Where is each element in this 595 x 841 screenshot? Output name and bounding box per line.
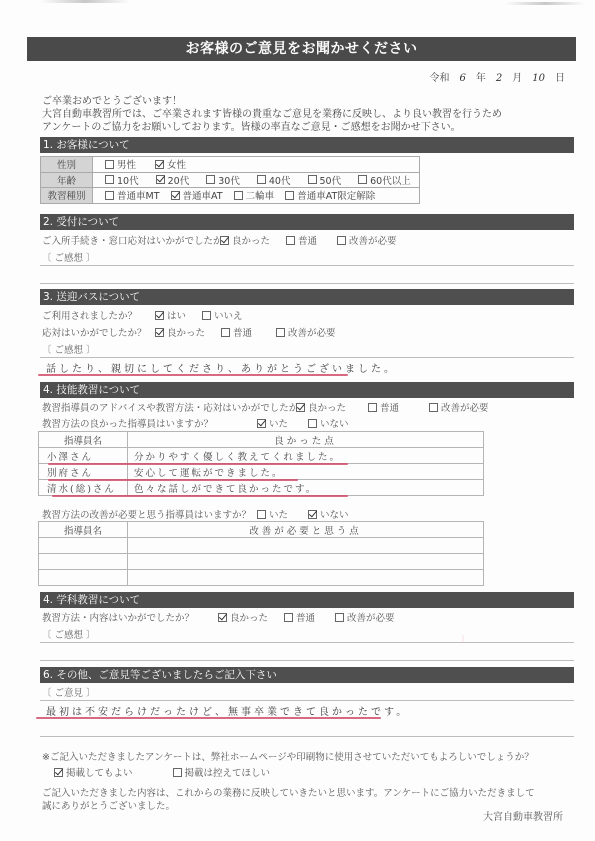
question-text: 教習方法の改善が必要と思う指導員はいますか？	[42, 507, 257, 521]
option-label: 50代	[320, 173, 342, 187]
instructor-name[interactable]	[39, 570, 128, 586]
option-label: 良かった	[232, 233, 270, 247]
instructor-comment[interactable]	[128, 554, 484, 570]
closing-message: ご記入いただきました内容は、これからの業務に反映していきたいと思います。アンケー…	[42, 787, 535, 813]
checkbox-checked[interactable]	[218, 613, 227, 622]
option-label: はい	[167, 308, 186, 322]
checkbox-checked[interactable]	[296, 403, 305, 412]
checkbox-checked[interactable]	[220, 236, 229, 245]
option-label: 普通	[233, 325, 252, 339]
comment-line	[40, 357, 574, 358]
option-50s[interactable]: 50代	[308, 173, 342, 187]
checkbox-checked[interactable]	[308, 510, 317, 519]
option-yes-there-was[interactable]: いた	[257, 416, 288, 430]
checkbox[interactable]	[335, 613, 344, 622]
option-label: いた	[269, 416, 288, 430]
table-row-gender: 性別 男性 女性	[41, 157, 420, 173]
instructor-advice-row: 教習指導員のアドバイスや教習方法・応対はいかがでしたか？ 良かった 普通 改善が…	[42, 400, 505, 414]
checkbox-checked[interactable]	[156, 175, 165, 184]
checkbox[interactable]	[285, 191, 294, 200]
instructor-comment[interactable]: 分かりやすく優しく教えてくれました。	[128, 448, 484, 464]
option-label: 改善が必要	[441, 400, 489, 414]
option-label: いいえ	[214, 308, 243, 322]
date-day-value[interactable]: 10	[528, 73, 549, 84]
option-label: 改善が必要	[288, 325, 336, 339]
question-text: 教習方法・内容はいかがでしたか？	[42, 610, 218, 624]
checkbox[interactable]	[257, 175, 266, 184]
table-row	[39, 554, 484, 570]
closing-line: ご記入いただきました内容は、これからの業務に反映していきたいと思います。アンケー…	[42, 787, 535, 800]
pencil-mark: ｜	[459, 634, 465, 650]
school-signature: 大宮自動車教習所	[483, 808, 563, 823]
option-label: 10代	[117, 173, 139, 187]
option-normal[interactable]: 普通	[284, 610, 315, 624]
option-label: 掲載は控えてほしい	[185, 765, 271, 779]
gender-options: 男性 女性	[93, 157, 420, 173]
option-good[interactable]: 良かった	[296, 400, 346, 414]
date-day-unit: 日	[555, 69, 565, 84]
checkbox[interactable]	[337, 236, 346, 245]
option-label: 普通車MT	[117, 188, 160, 202]
option-label: 普通車AT	[183, 188, 223, 202]
instructor-name[interactable]	[39, 554, 128, 570]
instructor-comment[interactable]: 安心して運転ができました。	[128, 464, 484, 480]
option-20s[interactable]: 20代	[156, 173, 190, 187]
checkbox[interactable]	[173, 768, 182, 777]
option-good[interactable]: 良かった	[155, 325, 205, 339]
table-row-age: 年齢 10代 20代 30代 40代 50代 60代以上	[41, 172, 420, 188]
pen-underline	[38, 374, 348, 376]
table-row	[39, 538, 484, 554]
comment-label: 〔 ご意見 〕	[42, 685, 96, 699]
option-label: 女性	[167, 157, 186, 171]
intro-line: アンケートのご協力をお願いしております。皆様の率直なご意見・ご感想をお聞かせ下さ…	[42, 121, 502, 134]
option-standard-at[interactable]: 普通車AT	[171, 188, 223, 202]
row-label: 性別	[41, 157, 93, 173]
checkbox-checked[interactable]	[155, 311, 164, 320]
instructor-name[interactable]: 清水(総)さん	[39, 480, 128, 496]
checkbox[interactable]	[206, 175, 215, 184]
checkbox[interactable]	[429, 403, 438, 412]
column-header-instructor: 指導員名	[39, 522, 128, 538]
pen-underline	[52, 495, 348, 497]
option-label: 二輪車	[246, 188, 275, 202]
option-label: 掲載してもよい	[66, 765, 133, 779]
option-label: 良かった	[230, 610, 268, 624]
option-deny-publish[interactable]: 掲載は控えてほしい	[173, 765, 271, 779]
option-male[interactable]: 男性	[105, 157, 136, 171]
section-header-customer: 1. お客様について	[40, 137, 574, 153]
option-standard-mt[interactable]: 普通車MT	[105, 188, 160, 202]
publish-question: ※ご記入いただきましたアンケートは、弊社ホームページや印刷物に使用させていただい…	[42, 751, 534, 764]
option-label: いた	[269, 507, 288, 521]
scan-shadow	[505, 2, 585, 5]
checkbox-checked[interactable]	[155, 160, 164, 169]
option-label: 40代	[269, 173, 291, 187]
checkbox[interactable]	[368, 403, 377, 412]
table-row: 清水(総)さん 色々な話しができて良かったです。	[39, 480, 484, 496]
pen-underline	[36, 717, 381, 719]
checkbox[interactable]	[105, 191, 114, 200]
checkbox[interactable]	[202, 311, 211, 320]
divider	[40, 736, 574, 737]
comment-label: 〔 ご感想 〕	[42, 627, 96, 641]
option-allow-publish[interactable]: 掲載してもよい	[54, 765, 133, 779]
comment-label: 〔 ご感想 〕	[42, 250, 96, 264]
page-title: お客様のご意見をお聞かせください	[27, 37, 576, 61]
checkbox[interactable]	[221, 328, 230, 337]
scan-shadow	[40, 0, 130, 3]
option-normal[interactable]: 普通	[286, 233, 317, 247]
table-row: 別府さん 安心して運転ができました。	[39, 464, 484, 480]
reception-question-row: ご入所手続き・窓口応対はいかがでしたか？ 良かった 普通 改善が必要	[42, 233, 413, 247]
option-needs-improvement[interactable]: 改善が必要	[276, 325, 336, 339]
column-header-instructor: 指導員名	[39, 432, 128, 448]
course-options: 普通車MT 普通車AT 二輪車 普通車AT限定解除	[93, 188, 420, 204]
checkbox-checked[interactable]	[257, 419, 266, 428]
checkbox[interactable]	[286, 236, 295, 245]
comment-line	[40, 700, 574, 701]
section-header-classroom-training: 4. 学科教習について	[40, 592, 574, 608]
section-header-shuttle-bus: 3. 送迎バスについて	[40, 289, 574, 305]
option-30s[interactable]: 30代	[206, 173, 240, 187]
instructor-comment[interactable]	[128, 570, 484, 586]
date-month-value[interactable]: 2	[492, 73, 506, 84]
option-no[interactable]: いいえ	[202, 308, 243, 322]
bus-usage-row: ご利用されましたか？ はい いいえ	[42, 308, 259, 322]
handwritten-comment[interactable]: 最初は不安だらけだったけど、無事卒業できて良かったです。	[46, 703, 409, 718]
instructor-comment[interactable]	[128, 538, 484, 554]
intro-line: ご卒業おめでとうございます！	[42, 95, 502, 108]
option-none[interactable]: いない	[308, 416, 349, 430]
table-header-row: 指導員名 良かった点	[39, 432, 484, 448]
checkbox[interactable]	[257, 510, 266, 519]
intro-text: ご卒業おめでとうございます！ 大宮自動車教習所では、ご卒業されます皆様の貴重なご…	[42, 95, 502, 134]
question-text: ご入所手続き・窓口応対はいかがでしたか？	[42, 233, 220, 247]
option-label: 普通	[380, 400, 399, 414]
option-label: いない	[320, 507, 349, 521]
option-needs-improvement[interactable]: 改善が必要	[337, 233, 397, 247]
date-field: 令和 6 年 2 月 10 日	[430, 69, 565, 84]
option-yes[interactable]: はい	[155, 308, 186, 322]
section-header-other-opinions: 6. その他、ご意見等ございましたらご記入下さい	[40, 667, 574, 683]
option-label: 60代以上	[370, 173, 411, 187]
divider	[40, 660, 574, 661]
bus-service-row: 応対はいかがでしたか？ 良かった 普通 改善が必要	[42, 325, 352, 339]
checkbox[interactable]	[276, 328, 285, 337]
customer-info-table: 性別 男性 女性 年齢 10代 20代 30代 40代 50代 60代以上 教習…	[40, 156, 420, 204]
checkbox[interactable]	[308, 175, 317, 184]
row-label: 教習種別	[41, 188, 93, 204]
good-instructor-row: 教習方法の良かった指導員はいますか？ いた いない	[42, 416, 365, 430]
option-label: 普通車AT限定解除	[297, 188, 375, 202]
comment-line[interactable]	[40, 642, 574, 643]
option-label: 男性	[117, 157, 136, 171]
option-label: 20代	[168, 173, 190, 187]
pen-underline	[48, 463, 348, 465]
classroom-question-row: 教習方法・内容はいかがでしたか？ 良かった 普通 改善が必要	[42, 610, 411, 624]
publish-options-row: 掲載してもよい 掲載は控えてほしい	[54, 765, 286, 779]
option-label: 良かった	[308, 400, 346, 414]
bad-instructor-row: 教習方法の改善が必要と思う指導員はいますか？ いた いない	[42, 507, 365, 521]
table-header-row: 指導員名 改善が必要と思う点	[39, 522, 484, 538]
table-row-course-type: 教習種別 普通車MT 普通車AT 二輪車 普通車AT限定解除	[41, 188, 420, 204]
date-era: 令和	[430, 69, 450, 84]
date-year-value[interactable]: 6	[456, 73, 470, 84]
checkbox[interactable]	[284, 613, 293, 622]
checkbox-checked[interactable]	[171, 191, 180, 200]
comment-line[interactable]	[40, 265, 574, 266]
instructor-name[interactable]: 小澤さん	[39, 448, 128, 464]
section-header-reception: 2. 受付について	[40, 214, 574, 230]
option-normal[interactable]: 普通	[368, 400, 399, 414]
row-label: 年齢	[41, 172, 93, 188]
pen-underline	[48, 479, 298, 481]
instructor-comment[interactable]: 色々な話しができて良かったです。	[128, 480, 484, 496]
intro-line: 大宮自動車教習所では、ご卒業されます皆様の貴重なご意見を業務に反映し、より良い教…	[42, 108, 502, 121]
option-female[interactable]: 女性	[155, 157, 186, 171]
option-yes-there-was[interactable]: いた	[257, 507, 288, 521]
option-needs-improvement[interactable]: 改善が必要	[335, 610, 395, 624]
improvement-instructor-table: 指導員名 改善が必要と思う点	[38, 521, 484, 586]
option-label: 普通	[296, 610, 315, 624]
option-good[interactable]: 良かった	[220, 233, 270, 247]
option-normal[interactable]: 普通	[221, 325, 252, 339]
option-none[interactable]: いない	[308, 507, 349, 521]
checkbox[interactable]	[234, 191, 243, 200]
option-label: いない	[320, 416, 349, 430]
checkbox[interactable]	[308, 419, 317, 428]
question-text: ご利用されましたか？	[42, 308, 155, 322]
checkbox[interactable]	[358, 175, 367, 184]
checkbox[interactable]	[105, 175, 114, 184]
option-label: 改善が必要	[347, 610, 395, 624]
instructor-name[interactable]	[39, 538, 128, 554]
age-options: 10代 20代 30代 40代 50代 60代以上	[93, 172, 420, 188]
option-good[interactable]: 良かった	[218, 610, 268, 624]
option-40s[interactable]: 40代	[257, 173, 291, 187]
checkbox-checked[interactable]	[155, 328, 164, 337]
table-row: 小澤さん 分かりやすく優しく教えてくれました。	[39, 448, 484, 464]
date-month-unit: 月	[512, 69, 522, 84]
comment-label: 〔 ご感想 〕	[42, 342, 96, 356]
question-text: 応対はいかがでしたか？	[42, 325, 155, 339]
checkbox[interactable]	[105, 160, 114, 169]
option-label: 30代	[218, 173, 240, 187]
question-text: 教習方法の良かった指導員はいますか？	[42, 416, 257, 430]
option-label: 良かった	[167, 325, 205, 339]
option-10s[interactable]: 10代	[105, 173, 139, 187]
handwritten-comment[interactable]: 話したり、親切にしてくださり、ありがとうございました。	[46, 360, 397, 375]
option-motorcycle[interactable]: 二輪車	[234, 188, 275, 202]
option-label: 普通	[298, 233, 317, 247]
closing-line: 誠にありがとうございました。	[42, 800, 535, 813]
column-header-improvement-points: 改善が必要と思う点	[128, 522, 484, 538]
survey-page: お客様のご意見をお聞かせください 令和 6 年 2 月 10 日 ご卒業おめでと…	[0, 0, 595, 841]
question-text: 教習指導員のアドバイスや教習方法・応対はいかがでしたか？	[42, 400, 296, 414]
option-needs-improvement[interactable]: 改善が必要	[429, 400, 489, 414]
section-header-practical-training: 4. 技能教習について	[40, 382, 574, 398]
date-year-unit: 年	[476, 69, 486, 84]
instructor-name[interactable]: 別府さん	[39, 464, 128, 480]
column-header-good-points: 良かった点	[128, 432, 484, 448]
table-row	[39, 570, 484, 586]
divider	[40, 283, 574, 284]
option-60s-plus[interactable]: 60代以上	[358, 173, 411, 187]
checkbox-checked[interactable]	[54, 768, 63, 777]
option-label: 改善が必要	[349, 233, 397, 247]
option-at-limit-removal[interactable]: 普通車AT限定解除	[285, 188, 375, 202]
